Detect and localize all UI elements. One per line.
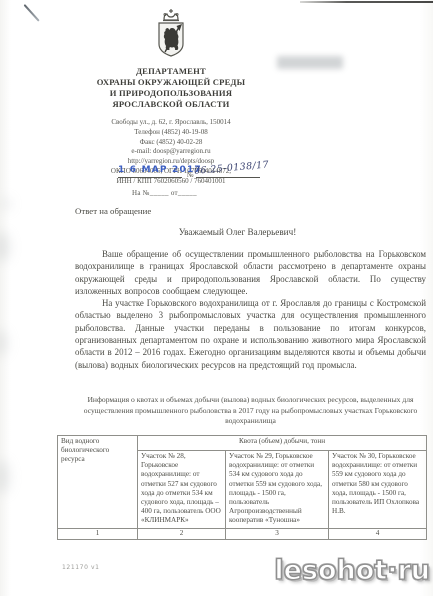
letter-subject: Ответ на обращение [75,206,151,216]
department-name: ДЕПАРТАМЕНТ ОХРАНЫ ОКРУЖАЮЩЕЙ СРЕДЫ И ПР… [62,66,280,110]
reference-line: На №_____ от_____ [132,189,197,197]
table-cell-plot-29: Участок № 29, Горьковское водохранилище:… [226,451,329,529]
scan-smudge [1,198,11,210]
site-watermark: lesohot·ru [274,555,430,586]
scan-smudge [0,330,8,356]
document-footer-code: 121170 v1 [62,564,100,571]
date-and-number-row: 1 6 МАР 2017 № 06.25-0138/17 [118,165,318,183]
paragraph: Ваше обращение об осуществлении промышле… [75,248,426,297]
date-underline [118,177,182,178]
redacted-recipient-blur [277,56,343,69]
column-number: 1 [58,528,138,539]
quota-table: Вид водного биологического ресурса Квота… [57,435,427,540]
column-number: 4 [329,528,427,539]
column-number: 2 [138,528,226,539]
address-line: Свободы ул., д. 62, г. Ярославль, 150014 [62,118,280,128]
table-header-resource-type: Вид водного биологического ресурса [58,436,138,529]
email-line: e-mail: doosp@yarregion.ru [62,147,280,157]
scan-scratch-artifact [24,4,40,22]
org-name-line: ОХРАНЫ ОКРУЖАЮЩЕЙ СРЕДЫ [62,77,280,88]
paragraph: На участке Горьковского водохранилища от… [75,297,426,371]
letterhead: ДЕПАРТАМЕНТ ОХРАНЫ ОКРУЖАЮЩЕЙ СРЕДЫ И ПР… [62,8,280,187]
table-cell-plot-30: Участок № 30, Горьковское водохранилище:… [329,451,427,529]
salutation: Уважаемый Олег Валерьевич! [62,227,413,237]
scan-smudge [0,460,10,494]
number-underline [196,177,260,178]
scan-edge-line-artifact [300,1,433,3]
column-number: 3 [226,528,329,539]
fax-line: Факс (4852) 40-02-28 [62,138,280,148]
org-name-line: И ПРИРОДОПОЛЬЗОВАНИЯ [62,88,280,99]
coat-of-arms-yaroslavl-icon [152,8,190,58]
table-header-quota: Квота (объем) добычи, тонн [138,436,427,451]
letter-body: Ваше обращение об осуществлении промышле… [75,248,426,371]
scanned-letter-page: ДЕПАРТАМЕНТ ОХРАНЫ ОКРУЖАЮЩЕЙ СРЕДЫ И ПР… [0,0,433,596]
org-name-line: ЯРОСЛАВСКОЙ ОБЛАСТИ [62,99,280,110]
scan-smudge [0,232,10,262]
table-cell-plot-28: Участок № 28, Горьковское водохранилище:… [138,451,226,529]
org-name-line: ДЕПАРТАМЕНТ [62,66,280,77]
number-sign-label: № [187,171,194,179]
phone-line: Телефон (4852) 40-19-08 [62,128,280,138]
table-row-column-numbers: 1 2 3 4 [58,528,427,539]
table-caption: Информация о квотах и объемах добычи (вы… [75,395,426,427]
